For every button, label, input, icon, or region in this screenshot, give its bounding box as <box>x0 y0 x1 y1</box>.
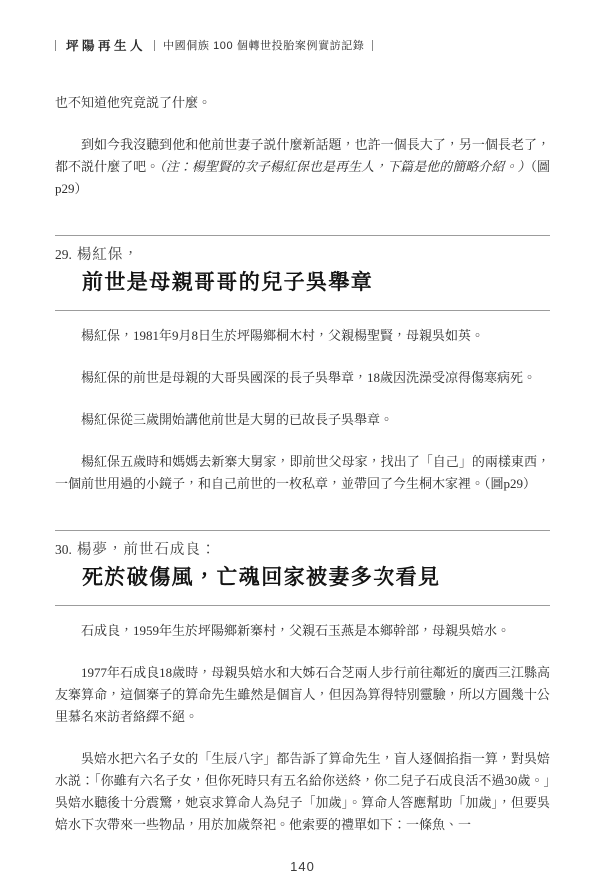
case-number: 30. <box>55 542 72 557</box>
case-body: 楊紅保，1981年9月8日生於坪陽鄉桐木村，父親楊聖賢，母親吳如英。 楊紅保的前… <box>55 325 550 495</box>
running-head: 坪陽再生人 中國侗族 100 個轉世投胎案例實訪記錄 <box>55 38 550 52</box>
case-number: 29. <box>55 247 72 262</box>
divider-bar-icon <box>154 40 155 51</box>
case-headline: 前世是母親哥哥的兒子吳舉章 <box>55 269 550 296</box>
case-number-line: 30.楊夢，前世石成良： <box>55 541 550 559</box>
case-paragraph: 吳婄水把六名子女的「生辰八字」都告訴了算命先生，盲人逐個掐指一算，對吳婄水説：「… <box>55 748 550 836</box>
intro-paragraph: 也不知道他究竟説了什麼。 <box>55 92 550 114</box>
case-person-name: 楊夢，前世石成良： <box>77 542 217 558</box>
case-paragraph: 石成良，1959年生於坪陽鄉新寨村，父親石玉燕是本鄉幹部，母親吳婄水。 <box>55 620 550 642</box>
case-paragraph: 楊紅保的前世是母親的大哥吳國深的長子吳舉章，18歲因洗澡受凉得傷寒病死。 <box>55 367 550 389</box>
case-paragraph: 楊紅保，1981年9月8日生於坪陽鄉桐木村，父親楊聖賢，母親吳如英。 <box>55 325 550 347</box>
case-person-name: 楊紅保， <box>77 247 139 263</box>
case-paragraph: 楊紅保五歲時和媽媽去新寨大舅家，即前世父母家，找出了「自己」的兩樣東西，一個前世… <box>55 451 550 495</box>
editor-note: （注：楊聖賢的次子楊紅保也是再生人，下篇是他的簡略介紹。） <box>159 159 530 174</box>
divider-bar-icon <box>372 40 373 51</box>
book-title: 坪陽再生人 <box>66 36 146 54</box>
case-body: 石成良，1959年生於坪陽鄉新寨村，父親石玉燕是本鄉幹部，母親吳婄水。 1977… <box>55 620 550 836</box>
case-headline: 死於破傷風，亡魂回家被妻多次看見 <box>55 564 550 591</box>
book-page: 坪陽再生人 中國侗族 100 個轉世投胎案例實訪記錄 也不知道他究竟説了什麼。 … <box>0 0 605 896</box>
case-section-29: 29.楊紅保， 前世是母親哥哥的兒子吳舉章 楊紅保，1981年9月8日生於坪陽鄉… <box>55 235 550 495</box>
case-paragraph: 1977年石成良18歲時，母親吳婄水和大姊石合芝兩人步行前往鄰近的廣西三江縣高友… <box>55 662 550 728</box>
case-paragraph: 楊紅保從三歲開始講他前世是大舅的已故長子吳舉章。 <box>55 409 550 431</box>
divider-bar-icon <box>55 40 56 51</box>
page-number: 140 <box>0 859 605 874</box>
book-subtitle: 中國侗族 100 個轉世投胎案例實訪記錄 <box>163 37 364 53</box>
case-number-line: 29.楊紅保， <box>55 246 550 264</box>
intro-paragraph: 到如今我沒聽到他和他前世妻子説什麼新話題，也許一個長大了，另一個長老了，都不説什… <box>55 134 550 200</box>
case-section-30: 30.楊夢，前世石成良： 死於破傷風，亡魂回家被妻多次看見 石成良，1959年生… <box>55 530 550 836</box>
case-header: 29.楊紅保， 前世是母親哥哥的兒子吳舉章 <box>55 235 550 311</box>
case-header: 30.楊夢，前世石成良： 死於破傷風，亡魂回家被妻多次看見 <box>55 530 550 606</box>
